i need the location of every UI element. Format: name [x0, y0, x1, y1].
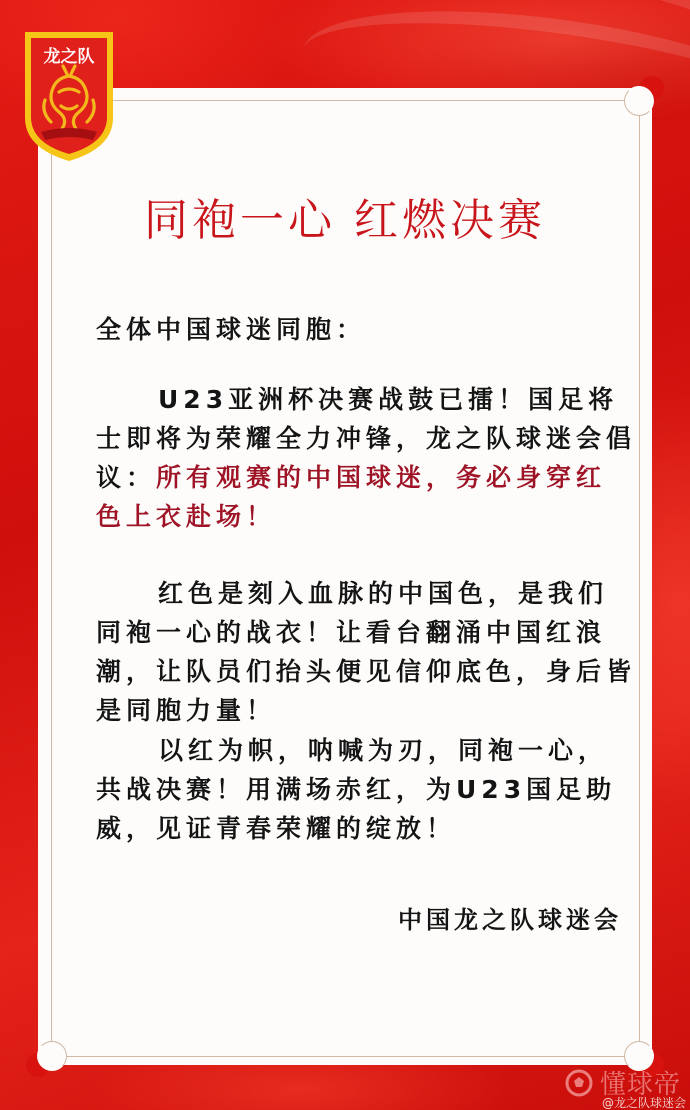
frame-corner	[624, 86, 654, 116]
paragraph-1-emphasis: 所有观赛的中国球迷，务必身穿红色上衣赴场！	[96, 463, 606, 531]
paragraph-2: 红色是刻入血脉的中国色，是我们同袍一心的战衣！让看台翻涌中国红浪潮，让队员们抬头…	[96, 574, 636, 730]
watermark-handle: @龙之队球迷会	[602, 1094, 686, 1110]
watermark: 懂球帝 @龙之队球迷会	[562, 1062, 690, 1110]
paragraph-3: 以红为帜，呐喊为刃，同袍一心，共战决赛！用满场赤红，为U23国足助威，见证青春荣…	[96, 731, 636, 848]
paragraph-1: U23亚洲杯决赛战鼓已擂！国足将士即将为荣耀全力冲锋，龙之队球迷会倡议：所有观赛…	[96, 380, 636, 536]
dragon-team-logo: 龙之队	[23, 30, 115, 163]
letter-title: 同袍一心 红燃决赛	[38, 184, 652, 248]
logo-name: 龙之队	[44, 46, 95, 67]
letter-card: 同袍一心 红燃决赛 全体中国球迷同胞： U23亚洲杯决赛战鼓已擂！国足将士即将为…	[38, 88, 652, 1065]
shield-icon: 龙之队	[23, 30, 115, 163]
paragraph-2-text: 红色是刻入血脉的中国色，是我们同袍一心的战衣！让看台翻涌中国红浪潮，让队员们抬头…	[96, 579, 636, 725]
football-icon	[564, 1068, 594, 1098]
signature: 中国龙之队球迷会	[398, 900, 622, 935]
frame-corner	[37, 1041, 67, 1071]
paragraph-3-text: 以红为帜，呐喊为刃，同袍一心，共战决赛！用满场赤红，为U23国足助威，见证青春荣…	[96, 736, 616, 843]
letter-greeting: 全体中国球迷同胞：	[96, 310, 636, 349]
